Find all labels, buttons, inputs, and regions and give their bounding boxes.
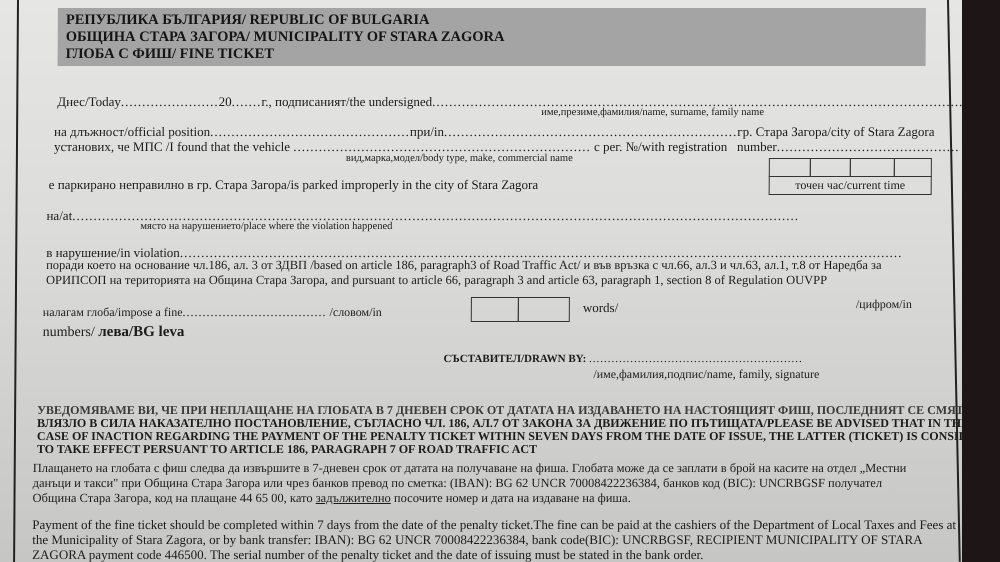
number-label: number [737, 139, 777, 154]
notice-line4: TO TAKE EFFECT PERSUANT TO ARTICLE 186, … [37, 443, 949, 456]
page-border-left [13, 0, 19, 562]
in-field[interactable]: ........................................… [444, 124, 737, 139]
words-label: words/ [583, 300, 619, 316]
today-label: Днес/Today [57, 94, 121, 109]
position-field[interactable]: ........................................… [210, 124, 410, 139]
payment-bg-line3-post: посочите номер и дата на издаване на фиш… [391, 491, 631, 505]
place-hint: място на нарушението/place where the vio… [140, 221, 392, 232]
header-country: РЕПУБЛИКА БЪЛГАРИЯ/ REPUBLIC OF BULGARIA [66, 12, 918, 29]
city-label: гр. Стара Загора/city of Stara Zagora [737, 124, 934, 139]
current-time-caption: точен час/current time [769, 176, 932, 195]
payment-en-line1: Payment of the fine ticket should be com… [32, 517, 952, 532]
time-digit-2[interactable] [810, 158, 851, 177]
legal-basis-line1: поради което на основание чл.186, ал. 3 … [46, 258, 881, 273]
date-field[interactable]: ....................... [121, 94, 219, 109]
current-time-label: точен час/current time [795, 178, 905, 192]
year-prefix: 20 [219, 94, 232, 109]
vehicle-label: установих, че МПС /I found that the vehi… [54, 139, 290, 154]
in-words-label: /словом/in [330, 305, 382, 319]
fine-row: налагам глоба/impose a fine.............… [43, 305, 382, 320]
in-numbers-label: /цифром/in [856, 297, 912, 312]
fine-amount-box-1[interactable] [471, 297, 519, 322]
time-digit-3[interactable] [850, 158, 895, 177]
undersigned-label: г., подписаният/the undersigned [261, 94, 432, 109]
fine-amount-box-2[interactable] [518, 297, 570, 322]
year-field[interactable]: ....... [232, 94, 262, 109]
payment-bg-line3: Община Стара Загора, код на плащане 44 6… [32, 491, 952, 506]
numbers-label: numbers/ [43, 325, 95, 340]
time-digit-1[interactable] [769, 158, 811, 177]
in-label: при/in [410, 124, 444, 139]
currency-label: лева/BG leva [98, 324, 184, 340]
payment-bg-line1: Плащането на глобата с фиш следва да изв… [33, 461, 953, 476]
registration-label: с рег. №/with registration [594, 139, 727, 154]
drawn-by-hint: /име,фамилия,подпис/name, family, signat… [593, 367, 819, 382]
payment-instructions-bg: Плащането на глобата с фиш следва да изв… [32, 461, 952, 506]
document-header: РЕПУБЛИКА БЪЛГАРИЯ/ REPUBLIC OF BULGARIA… [58, 8, 926, 66]
payment-instructions-en: Payment of the fine ticket should be com… [32, 517, 952, 562]
at-label: на/at [46, 208, 72, 223]
payment-en-line2: the Municipality of Stara Zagora, or by … [32, 532, 952, 547]
position-label: на длъжност/official position [54, 124, 210, 139]
registration-field[interactable]: ........................................… [777, 139, 960, 154]
drawn-by-label: СЪСТАВИТЕЛ/DRAWN BY: [443, 353, 586, 365]
header-municipality: ОБЩИНА СТАРА ЗАГОРА/ MUNICIPALITY OF STA… [66, 29, 918, 46]
vehicle-hint: вид,марка,модел/body type, make, commerc… [346, 153, 573, 164]
numbers-row: numbers/ лева/BG leva [43, 324, 185, 341]
payment-bg-line2: данъци и такси" при Община Стара Загора … [33, 476, 953, 491]
payment-bg-line3-pre: Община Стара Загора, код на плащане 44 6… [32, 491, 315, 505]
position-row: на длъжност/official position...........… [54, 124, 935, 140]
fine-label: налагам глоба/impose a fine [43, 305, 183, 319]
header-title: ГЛОБА С ФИШ/ FINE TICKET [66, 46, 918, 63]
background-surface [962, 0, 1000, 562]
vehicle-field[interactable]: ........................................… [293, 139, 591, 154]
payment-en-line3: ZAGORA payment code 446500. The serial n… [32, 547, 952, 562]
undersigned-hint: име,презиме,фамилия/name, surname, famil… [541, 107, 764, 118]
today-row: Днес/Today.......................20.....… [57, 94, 968, 110]
payment-bg-emphasis: задължително [316, 491, 391, 505]
non-payment-notice: УВЕДОМЯВАМЕ ВИ, ЧЕ ПРИ НЕПЛАЩАНЕ НА ГЛОБ… [37, 404, 949, 456]
fine-words-field[interactable]: .................................... [183, 305, 327, 319]
time-digit-4[interactable] [894, 158, 932, 177]
fine-ticket-paper: РЕПУБЛИКА БЪЛГАРИЯ/ REPUBLIC OF BULGARIA… [0, 0, 968, 562]
legal-basis-line2: ОРИПСОП на територията на Община Стара З… [46, 273, 827, 288]
drawn-by-row: СЪСТАВИТЕЛ/DRAWN BY: ...................… [443, 353, 802, 365]
parked-label: е паркирано неправилно в гр. Стара Загор… [49, 177, 539, 193]
drawn-by-field[interactable]: ........................................… [589, 353, 803, 365]
